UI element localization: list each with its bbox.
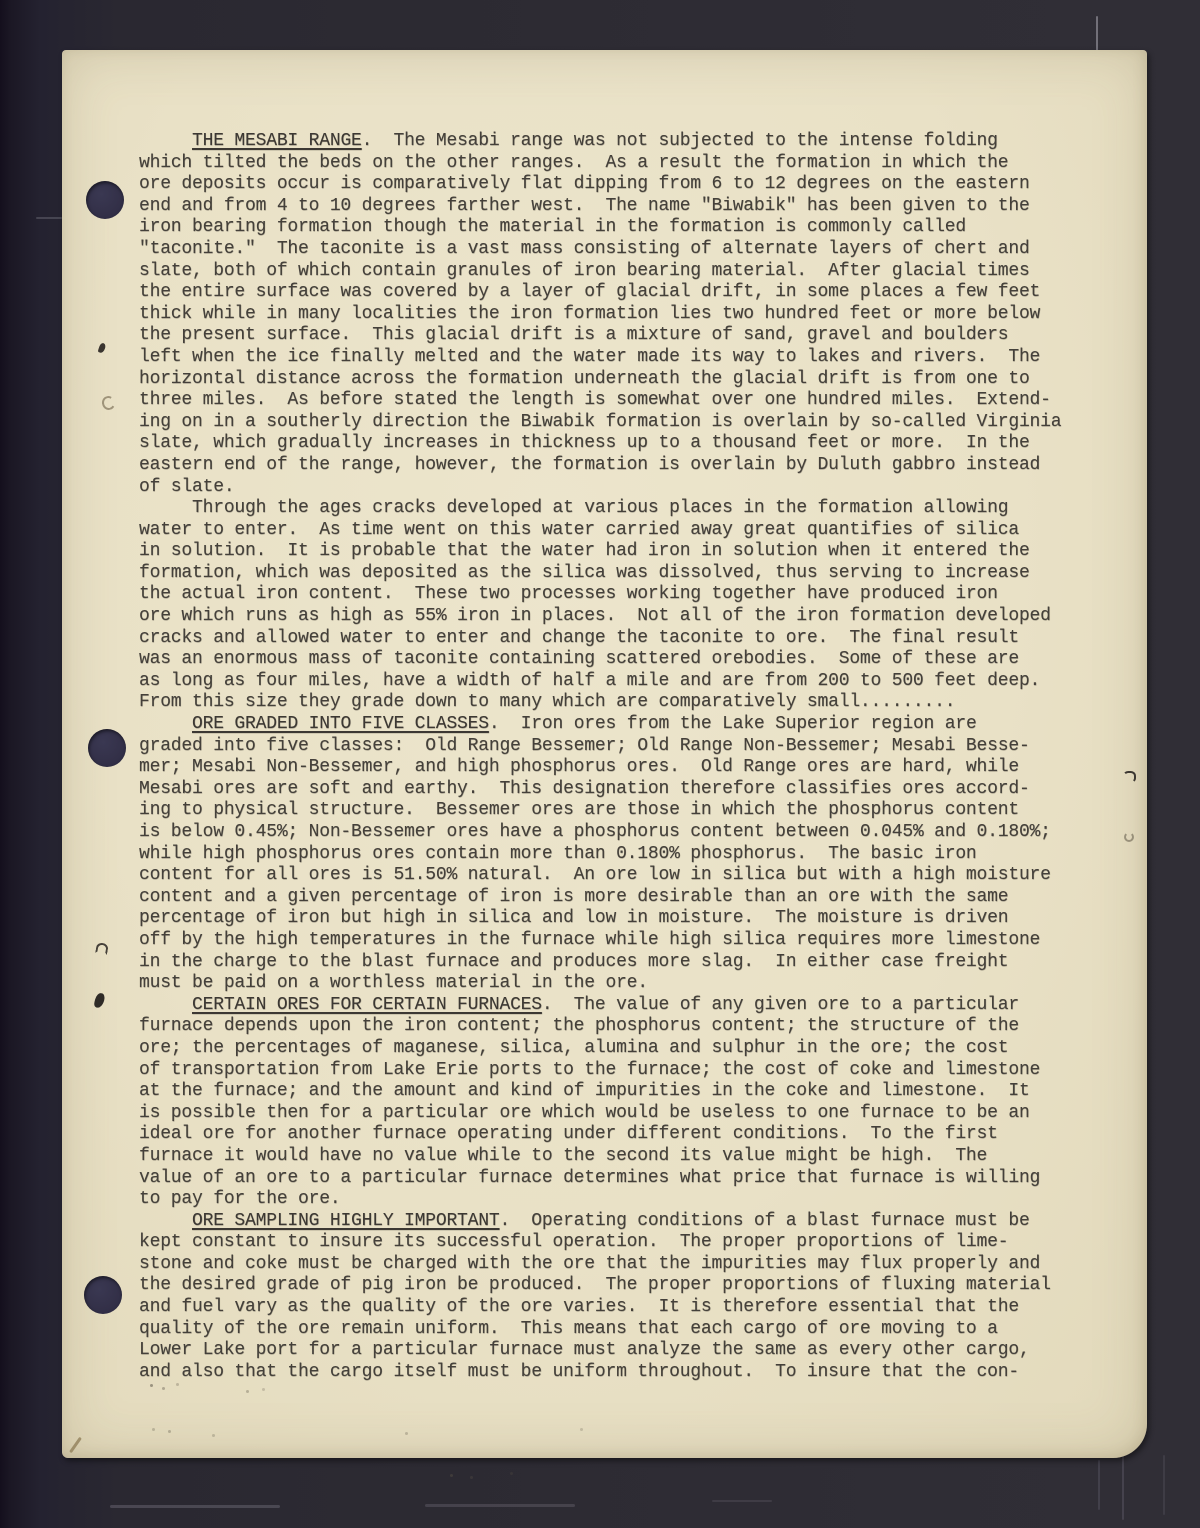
ink-speckles — [150, 1384, 153, 1387]
text-line: the present surface. This glacial drift … — [139, 325, 1129, 347]
ink-smudge — [98, 342, 107, 353]
text-line: ing on in a southerly direction the Biwa… — [139, 412, 1129, 434]
document-text: THE MESABI RANGE. The Mesabi range was n… — [139, 131, 1129, 1383]
text-line: of transportation from Lake Erie ports t… — [139, 1060, 1129, 1082]
text-line: of slate. — [139, 477, 1129, 499]
text-line: water to enter. As time went on this wat… — [139, 520, 1129, 542]
section-heading: ORE SAMPLING HIGHLY IMPORTANT — [192, 1211, 499, 1231]
text-line-heading: ORE SAMPLING HIGHLY IMPORTANT. Operating… — [139, 1211, 1129, 1233]
text-line: and fuel vary as the quality of the ore … — [139, 1297, 1129, 1319]
text-line: cracks and allowed water to enter and ch… — [139, 628, 1129, 650]
text-line: ore which runs as high as 55% iron in pl… — [139, 606, 1129, 628]
scratch-mark — [425, 1504, 575, 1507]
text-line: furnace depends upon the iron content; t… — [139, 1016, 1129, 1038]
text-line: ideal ore for another furnace operating … — [139, 1124, 1129, 1146]
text-line: Lower Lake port for a particular furnace… — [139, 1340, 1129, 1362]
text-line: must be paid on a worthless material in … — [139, 973, 1129, 995]
text-line: content and a given percentage of iron i… — [139, 887, 1129, 909]
text-line: in the charge to the blast furnace and p… — [139, 952, 1129, 974]
text-line: stone and coke must be charged with the … — [139, 1254, 1129, 1276]
text-line: kept constant to insure its successful o… — [139, 1232, 1129, 1254]
text-line: is below 0.45%; Non-Bessemer ores have a… — [139, 822, 1129, 844]
text-line: off by the high temperatures in the furn… — [139, 930, 1129, 952]
ink-smudge — [95, 942, 109, 955]
text-line: three miles. As before stated the length… — [139, 390, 1129, 412]
text-line: which tilted the beds on the other range… — [139, 153, 1129, 175]
pencil-mark — [69, 1437, 82, 1453]
text-line: in solution. It is probable that the wat… — [139, 541, 1129, 563]
section-heading: THE MESABI RANGE — [192, 131, 362, 151]
text-line: furnace it would have no value while to … — [139, 1146, 1129, 1168]
hole-punch — [84, 1276, 122, 1314]
text-line: horizontal distance across the formation… — [139, 369, 1129, 391]
scratch-mark — [1098, 1460, 1100, 1510]
text-line: ore deposits occur is comparatively flat… — [139, 174, 1129, 196]
scratch-mark — [1163, 1455, 1165, 1515]
scratch-mark — [36, 217, 62, 219]
ink-smudge — [100, 395, 116, 412]
scratch-mark — [1122, 1448, 1124, 1520]
text-line: ing to physical structure. Bessemer ores… — [139, 800, 1129, 822]
scratch-mark — [712, 1500, 772, 1502]
text-line: the actual iron content. These two proce… — [139, 584, 1129, 606]
text-line: percentage of iron but high in silica an… — [139, 908, 1129, 930]
text-line: formation, which was deposited as the si… — [139, 563, 1129, 585]
text-line: ore; the percentages of maganese, silica… — [139, 1038, 1129, 1060]
document-page: THE MESABI RANGE. The Mesabi range was n… — [62, 50, 1147, 1458]
section-heading: CERTAIN ORES FOR CERTAIN FURNACES — [192, 995, 542, 1015]
text-line-heading: CERTAIN ORES FOR CERTAIN FURNACES. The v… — [139, 995, 1129, 1017]
text-line: was an enormous mass of taconite contain… — [139, 649, 1129, 671]
text-line: end and from 4 to 10 degrees farther wes… — [139, 196, 1129, 218]
text-line: slate, both of which contain granules of… — [139, 261, 1129, 283]
text-line: iron bearing formation though the materi… — [139, 217, 1129, 239]
text-line: Mesabi ores are soft and earthy. This de… — [139, 779, 1129, 801]
text-line: Through the ages cracks developed at var… — [139, 498, 1129, 520]
text-line: From this size they grade down to many w… — [139, 692, 1129, 714]
section-heading: ORE GRADED INTO FIVE CLASSES — [192, 714, 489, 734]
text-line: is possible then for a particular ore wh… — [139, 1103, 1129, 1125]
text-line: and also that the cargo itself must be u… — [139, 1362, 1129, 1384]
text-line: content for all ores is 51.50% natural. … — [139, 865, 1129, 887]
scratch-mark — [110, 1505, 280, 1508]
text-line: the entire surface was covered by a laye… — [139, 282, 1129, 304]
text-line: while high phosphorus ores contain more … — [139, 844, 1129, 866]
text-line: left when the ice finally melted and the… — [139, 347, 1129, 369]
text-line: to pay for the ore. — [139, 1189, 1129, 1211]
text-line-heading: THE MESABI RANGE. The Mesabi range was n… — [139, 131, 1129, 153]
text-line: mer; Mesabi Non-Bessemer, and high phosp… — [139, 757, 1129, 779]
ink-smudge — [93, 992, 105, 1009]
text-line: the desired grade of pig iron be produce… — [139, 1275, 1129, 1297]
text-line: value of an ore to a particular furnace … — [139, 1168, 1129, 1190]
hole-punch — [86, 181, 124, 219]
text-line: slate, which gradually increases in thic… — [139, 433, 1129, 455]
text-line: eastern end of the range, however, the f… — [139, 455, 1129, 477]
text-line-heading: ORE GRADED INTO FIVE CLASSES. Iron ores … — [139, 714, 1129, 736]
text-line: at the furnace; and the amount and kind … — [139, 1081, 1129, 1103]
text-line: as long as four miles, have a width of h… — [139, 671, 1129, 693]
text-line: graded into five classes: Old Range Bess… — [139, 736, 1129, 758]
text-line: "taconite." The taconite is a vast mass … — [139, 239, 1129, 261]
text-line: thick while in many localities the iron … — [139, 304, 1129, 326]
text-line: quality of the ore remain uniform. This … — [139, 1319, 1129, 1341]
hole-punch — [88, 729, 126, 767]
